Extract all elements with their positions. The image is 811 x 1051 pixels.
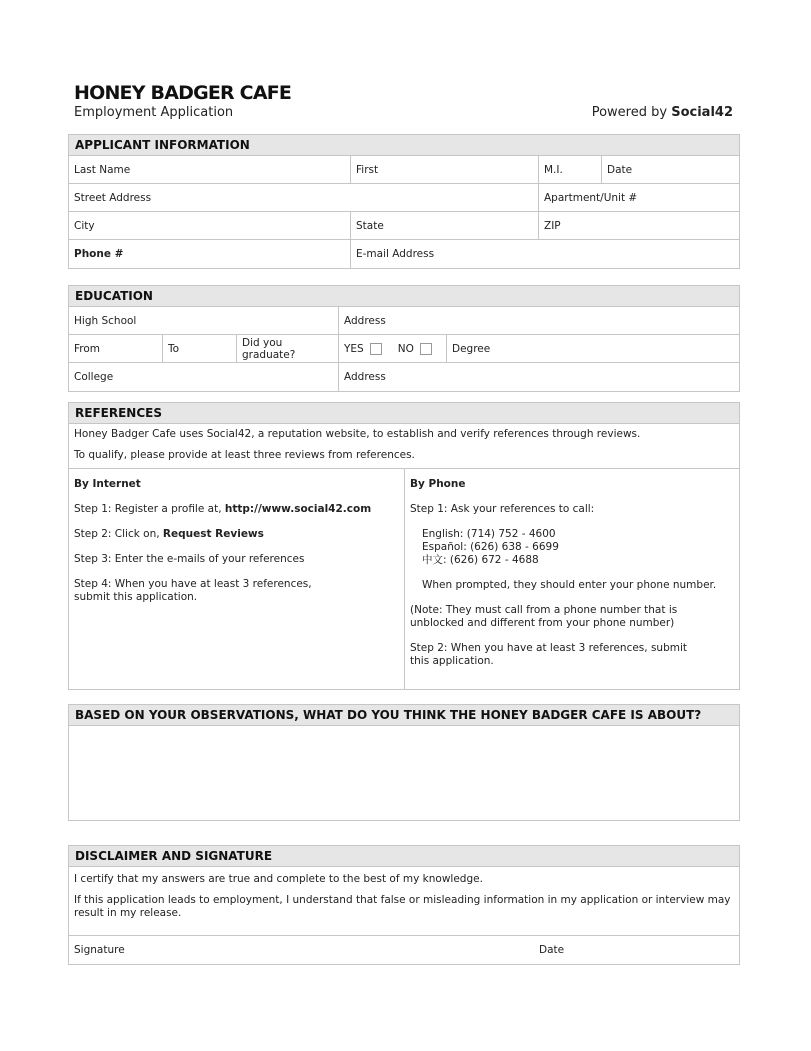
no-label: NO [398,343,414,355]
step-2-text: Step 2: Click on, [74,528,163,540]
phone-espanol: Español: (626) 638 - 6699 [410,541,734,554]
date-field[interactable]: Date [602,156,739,183]
section-heading: REFERENCES [69,403,739,424]
internet-step-2: Step 2: Click on, Request Reviews [74,528,399,541]
references-columns: By Internet Step 1: Register a profile a… [69,469,739,689]
internet-step-4: Step 4: When you have at least 3 referen… [74,578,399,604]
disclaimer-text-2: If this application leads to employment,… [74,894,734,920]
section-heading: DISCLAIMER AND SIGNATURE [69,846,739,867]
phone-chinese: 中文: (626) 672 - 4688 [410,554,734,567]
address-row: Street Address Apartment/Unit # [69,184,739,212]
request-reviews-label: Request Reviews [163,528,264,540]
disclaimer-text-1: I certify that my answers are true and c… [74,873,734,886]
high-school-field[interactable]: High School [69,307,339,334]
social42-link[interactable]: http://www.social42.com [225,503,371,515]
street-address-field[interactable]: Street Address [69,184,539,211]
references-intro: Honey Badger Cafe uses Social42, a reput… [69,424,739,469]
disclaimer-text: I certify that my answers are true and c… [69,867,739,936]
internet-step-1: Step 1: Register a profile at, http://ww… [74,503,399,516]
section-heading: APPLICANT INFORMATION [69,135,739,156]
college-field[interactable]: College [69,363,339,391]
cafe-title: HONEY BADGER CAFE [74,82,291,104]
phone-step-2: Step 2: When you have at least 3 referen… [410,642,734,668]
step-1-text: Step 1: Register a profile at, [74,503,225,515]
applicant-section: APPLICANT INFORMATION Last Name First M.… [68,134,740,269]
powered-by: Powered by Social42 [592,105,733,120]
phone-english: English: (714) 752 - 4600 [410,528,734,541]
high-school-address-field[interactable]: Address [339,307,739,334]
observations-section: BASED ON YOUR OBSERVATIONS, WHAT DO YOU … [68,704,740,821]
city-field[interactable]: City [69,212,351,239]
dates-row: From To Did you graduate? YES NO Degree [69,335,739,363]
phone-note: (Note: They must call from a phone numbe… [410,604,734,630]
intro-text-2: To qualify, please provide at least thre… [74,449,734,462]
signature-date-field[interactable]: Date [534,936,739,964]
internet-step-3: Step 3: Enter the e-mails of your refere… [74,553,399,566]
city-row: City State ZIP [69,212,739,240]
graduate-label: Did you graduate? [237,335,339,362]
email-field[interactable]: E-mail Address [351,240,739,268]
from-field[interactable]: From [69,335,163,362]
no-checkbox[interactable] [420,343,432,355]
contact-row: Phone # E-mail Address [69,240,739,268]
zip-field[interactable]: ZIP [539,212,739,239]
phone-prompt: When prompted, they should enter your ph… [410,579,734,592]
college-address-field[interactable]: Address [339,363,739,391]
signature-field[interactable]: Signature [69,936,534,964]
disclaimer-section: DISCLAIMER AND SIGNATURE I certify that … [68,845,740,965]
education-section: EDUCATION High School Address From To Di… [68,285,740,392]
powered-brand: Social42 [671,105,733,120]
middle-initial-field[interactable]: M.I. [539,156,602,183]
observations-answer-area[interactable] [69,726,739,820]
yes-checkbox[interactable] [370,343,382,355]
by-internet-column: By Internet Step 1: Register a profile a… [69,469,405,689]
high-school-row: High School Address [69,307,739,335]
college-row: College Address [69,363,739,391]
degree-field[interactable]: Degree [447,335,739,362]
powered-prefix: Powered by [592,105,667,120]
intro-text-1: Honey Badger Cafe uses Social42, a reput… [74,428,734,441]
section-heading: BASED ON YOUR OBSERVATIONS, WHAT DO YOU … [69,705,739,726]
phone-step-1: Step 1: Ask your references to call: [410,503,734,516]
name-row: Last Name First M.I. Date [69,156,739,184]
signature-row: Signature Date [69,936,739,964]
to-field[interactable]: To [163,335,237,362]
references-section: REFERENCES Honey Badger Cafe uses Social… [68,402,740,690]
form-subtitle: Employment Application [74,105,233,120]
by-phone-column: By Phone Step 1: Ask your references to … [405,469,739,689]
phone-field[interactable]: Phone # [69,240,351,268]
state-field[interactable]: State [351,212,539,239]
last-name-field[interactable]: Last Name [69,156,351,183]
yes-label: YES [344,343,364,355]
first-name-field[interactable]: First [351,156,539,183]
by-internet-heading: By Internet [74,478,399,491]
apartment-field[interactable]: Apartment/Unit # [539,184,739,211]
by-phone-heading: By Phone [410,478,734,491]
graduate-options: YES NO [339,335,447,362]
section-heading: EDUCATION [69,286,739,307]
